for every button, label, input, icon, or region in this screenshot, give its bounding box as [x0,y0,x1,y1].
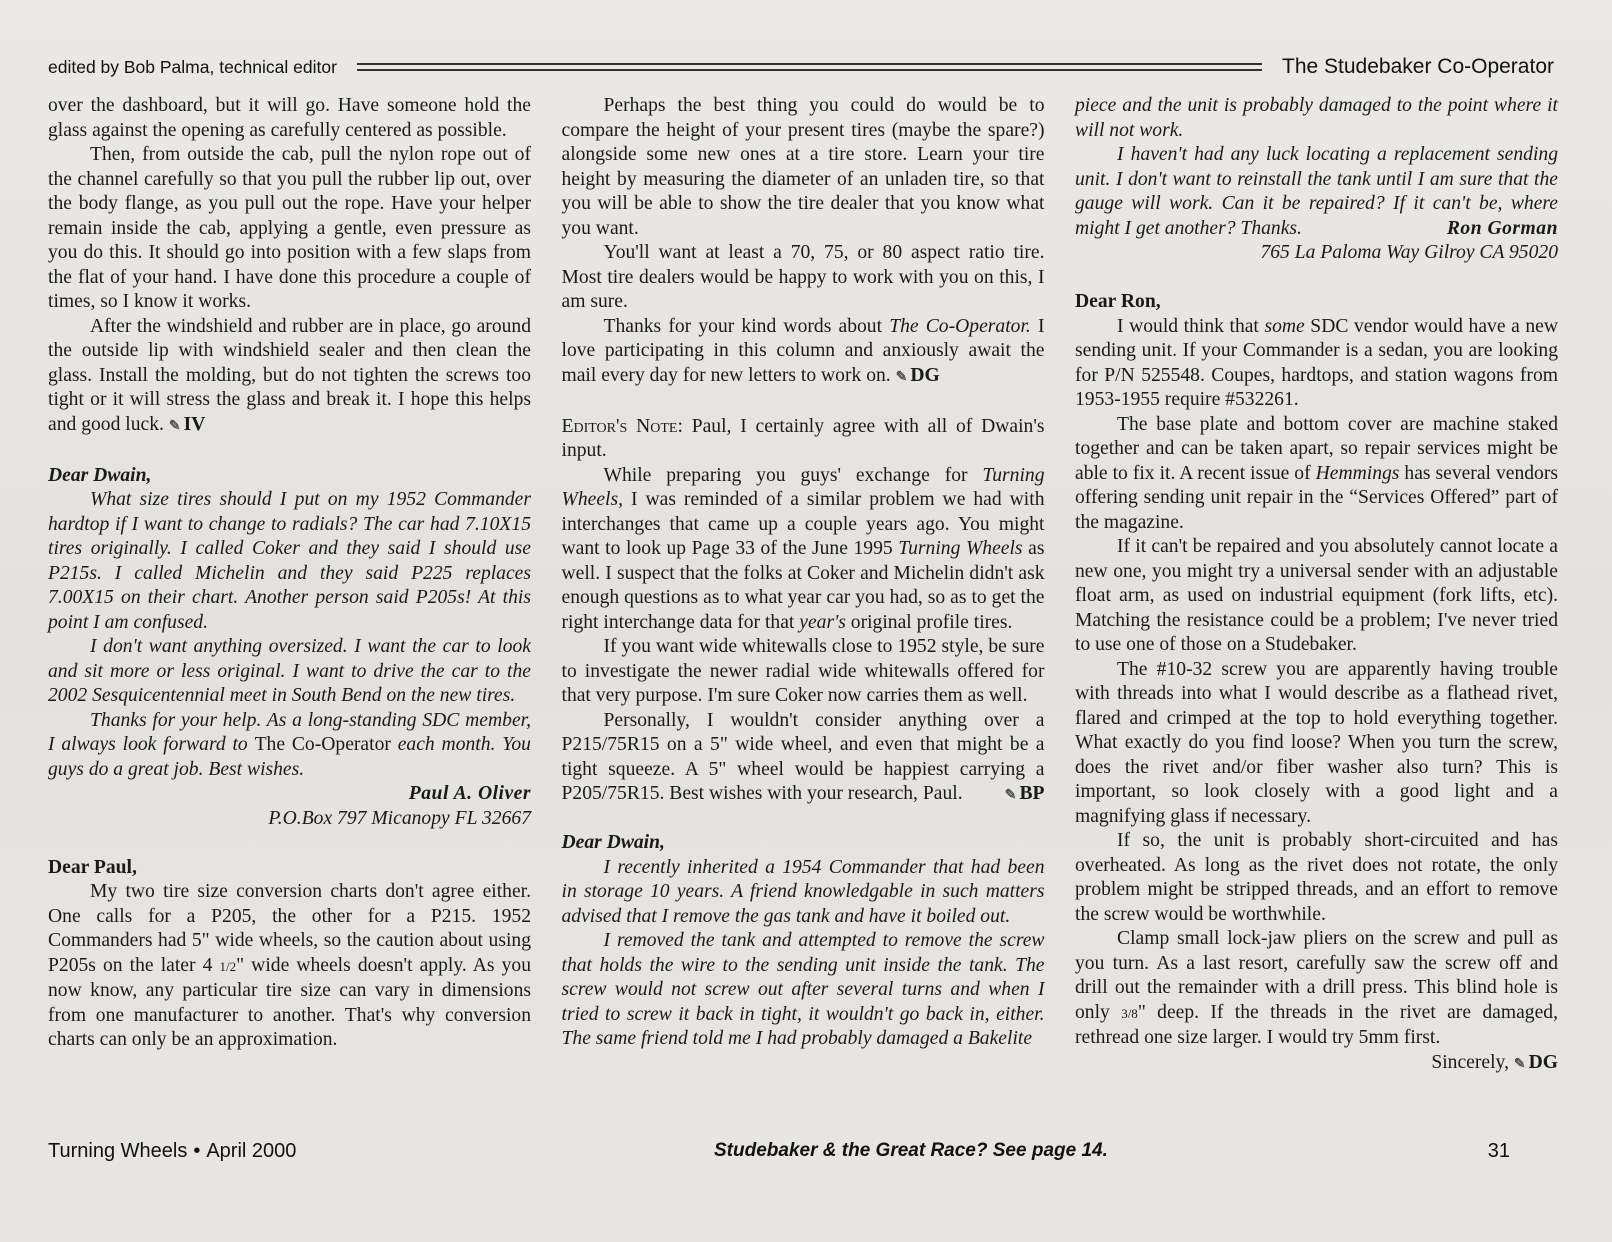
signoff-initials: IV [184,414,206,435]
pencil-icon: ✎ [1005,788,1017,803]
paragraph: Perhaps the best thing you could do woul… [562,94,1045,241]
letter-paragraph: I removed the tank and attempted to remo… [562,929,1045,1052]
header-double-rule [357,63,1262,71]
letter-paragraph: I don't want anything oversized. I want … [48,635,531,709]
text: I would think that [1117,316,1264,337]
paragraph: over the dashboard, but it will go. Have… [48,94,531,143]
fraction: 3/8 [1121,1006,1138,1021]
footer-publication: Turning Wheels•April 2000 [48,1140,296,1163]
letter-signature-address: 765 La Paloma Way Gilroy CA 95020 [1075,241,1558,266]
paragraph: After the windshield and rubber are in p… [48,315,531,440]
paragraph: Personally, I wouldn't consider anything… [562,709,1045,807]
letter-signature-name: Ron Gorman [1405,217,1558,242]
reply-paragraph: The base plate and bottom cover are mach… [1075,413,1558,536]
text: " deep. If the threads in the rivet are … [1075,1002,1558,1049]
reply-paragraph: The #10-32 screw you are apparently havi… [1075,658,1558,830]
reply-paragraph: My two tire size conversion charts don't… [48,880,531,1053]
paragraph-text: After the windshield and rubber are in p… [48,316,531,435]
signoff: ✎DG [896,365,940,386]
page-header: edited by Bob Palma, technical editor Th… [48,52,1554,82]
fraction: 1/2 [219,959,236,974]
editors-note-label: Editor's Note: [562,416,683,437]
text: While preparing you guys' exchange for [604,465,983,486]
publication-name: Hemmings [1316,463,1400,484]
pencil-icon: ✎ [169,419,181,434]
column-title: The Studebaker Co-Operator [1282,55,1554,79]
emphasis: some [1264,316,1304,337]
letter-paragraph: I recently inherited a 1954 Commander th… [562,856,1045,930]
magazine-page: edited by Bob Palma, technical editor Th… [0,0,1612,1242]
letter-paragraph: I haven't had any luck locating a replac… [1075,143,1558,241]
paragraph: Then, from outside the cab, pull the nyl… [48,143,531,315]
column-2: Perhaps the best thing you could do woul… [562,94,1045,1140]
letter-salutation: Dear Dwain, [562,831,1045,856]
signoff-initials: DG [910,365,939,386]
column-1: over the dashboard, but it will go. Have… [48,94,531,1140]
publication-name: Turning Wheels [898,538,1022,559]
page-number: 31 [1488,1140,1510,1163]
paragraph: You'll want at least a 70, 75, or 80 asp… [562,241,1045,315]
signoff: ✎DG [1514,1052,1558,1073]
signoff-initials: BP [1019,783,1044,804]
letter-salutation: Dear Dwain, [48,464,531,489]
page-footer: Turning Wheels•April 2000 Studebaker & t… [48,1140,1510,1170]
reply-paragraph: If it can't be repaired and you absolute… [1075,535,1558,658]
reply-salutation: Dear Paul, [48,856,531,881]
letter-paragraph: Thanks for your help. As a long-standing… [48,709,531,783]
editors-note: Editor's Note: Paul, I certainly agree w… [562,415,1045,464]
letter-signature-address: P.O.Box 797 Micanopy FL 32667 [48,807,531,832]
publication-name: Turning Wheels [48,1140,187,1162]
reply-paragraph: I would think that some SDC vendor would… [1075,315,1558,413]
emphasis: year's [799,612,846,633]
publication-name: The Co-Operator [255,734,391,755]
publication-name: The Co-Operator. [889,316,1031,337]
closing-text: Sincerely, [1431,1052,1509,1073]
reply-paragraph: If so, the unit is probably short-circui… [1075,829,1558,927]
letter-paragraph: piece and the unit is probably damaged t… [1075,94,1558,143]
paragraph: If you want wide whitewalls close to 195… [562,635,1045,709]
paragraph: While preparing you guys' exchange for T… [562,464,1045,636]
closing: Sincerely, ✎DG [1389,1051,1558,1078]
reply-paragraph: Clamp small lock-jaw pliers on the screw… [1075,927,1558,1051]
footer-teaser: Studebaker & the Great Race? See page 14… [714,1140,1108,1162]
issue-date: April 2000 [206,1140,296,1162]
bullet-separator: • [193,1140,200,1162]
editor-credit: edited by Bob Palma, technical editor [48,57,337,78]
pencil-icon: ✎ [896,370,908,385]
text: original profile tires. [846,612,1013,633]
signoff: ✎BP [963,782,1045,809]
letter-paragraph: What size tires should I put on my 1952 … [48,488,531,635]
pencil-icon: ✎ [1514,1057,1526,1072]
reply-salutation: Dear Ron, [1075,290,1558,315]
signoff-initials: DG [1529,1052,1558,1073]
letter-signature-name: Paul A. Oliver [48,782,531,807]
signoff: ✎IV [169,414,206,435]
paragraph: Thanks for your kind words about The Co-… [562,315,1045,391]
column-3: piece and the unit is probably damaged t… [1075,94,1558,1140]
text: Thanks for your kind words about [604,316,890,337]
article-columns: over the dashboard, but it will go. Have… [48,94,1558,1140]
